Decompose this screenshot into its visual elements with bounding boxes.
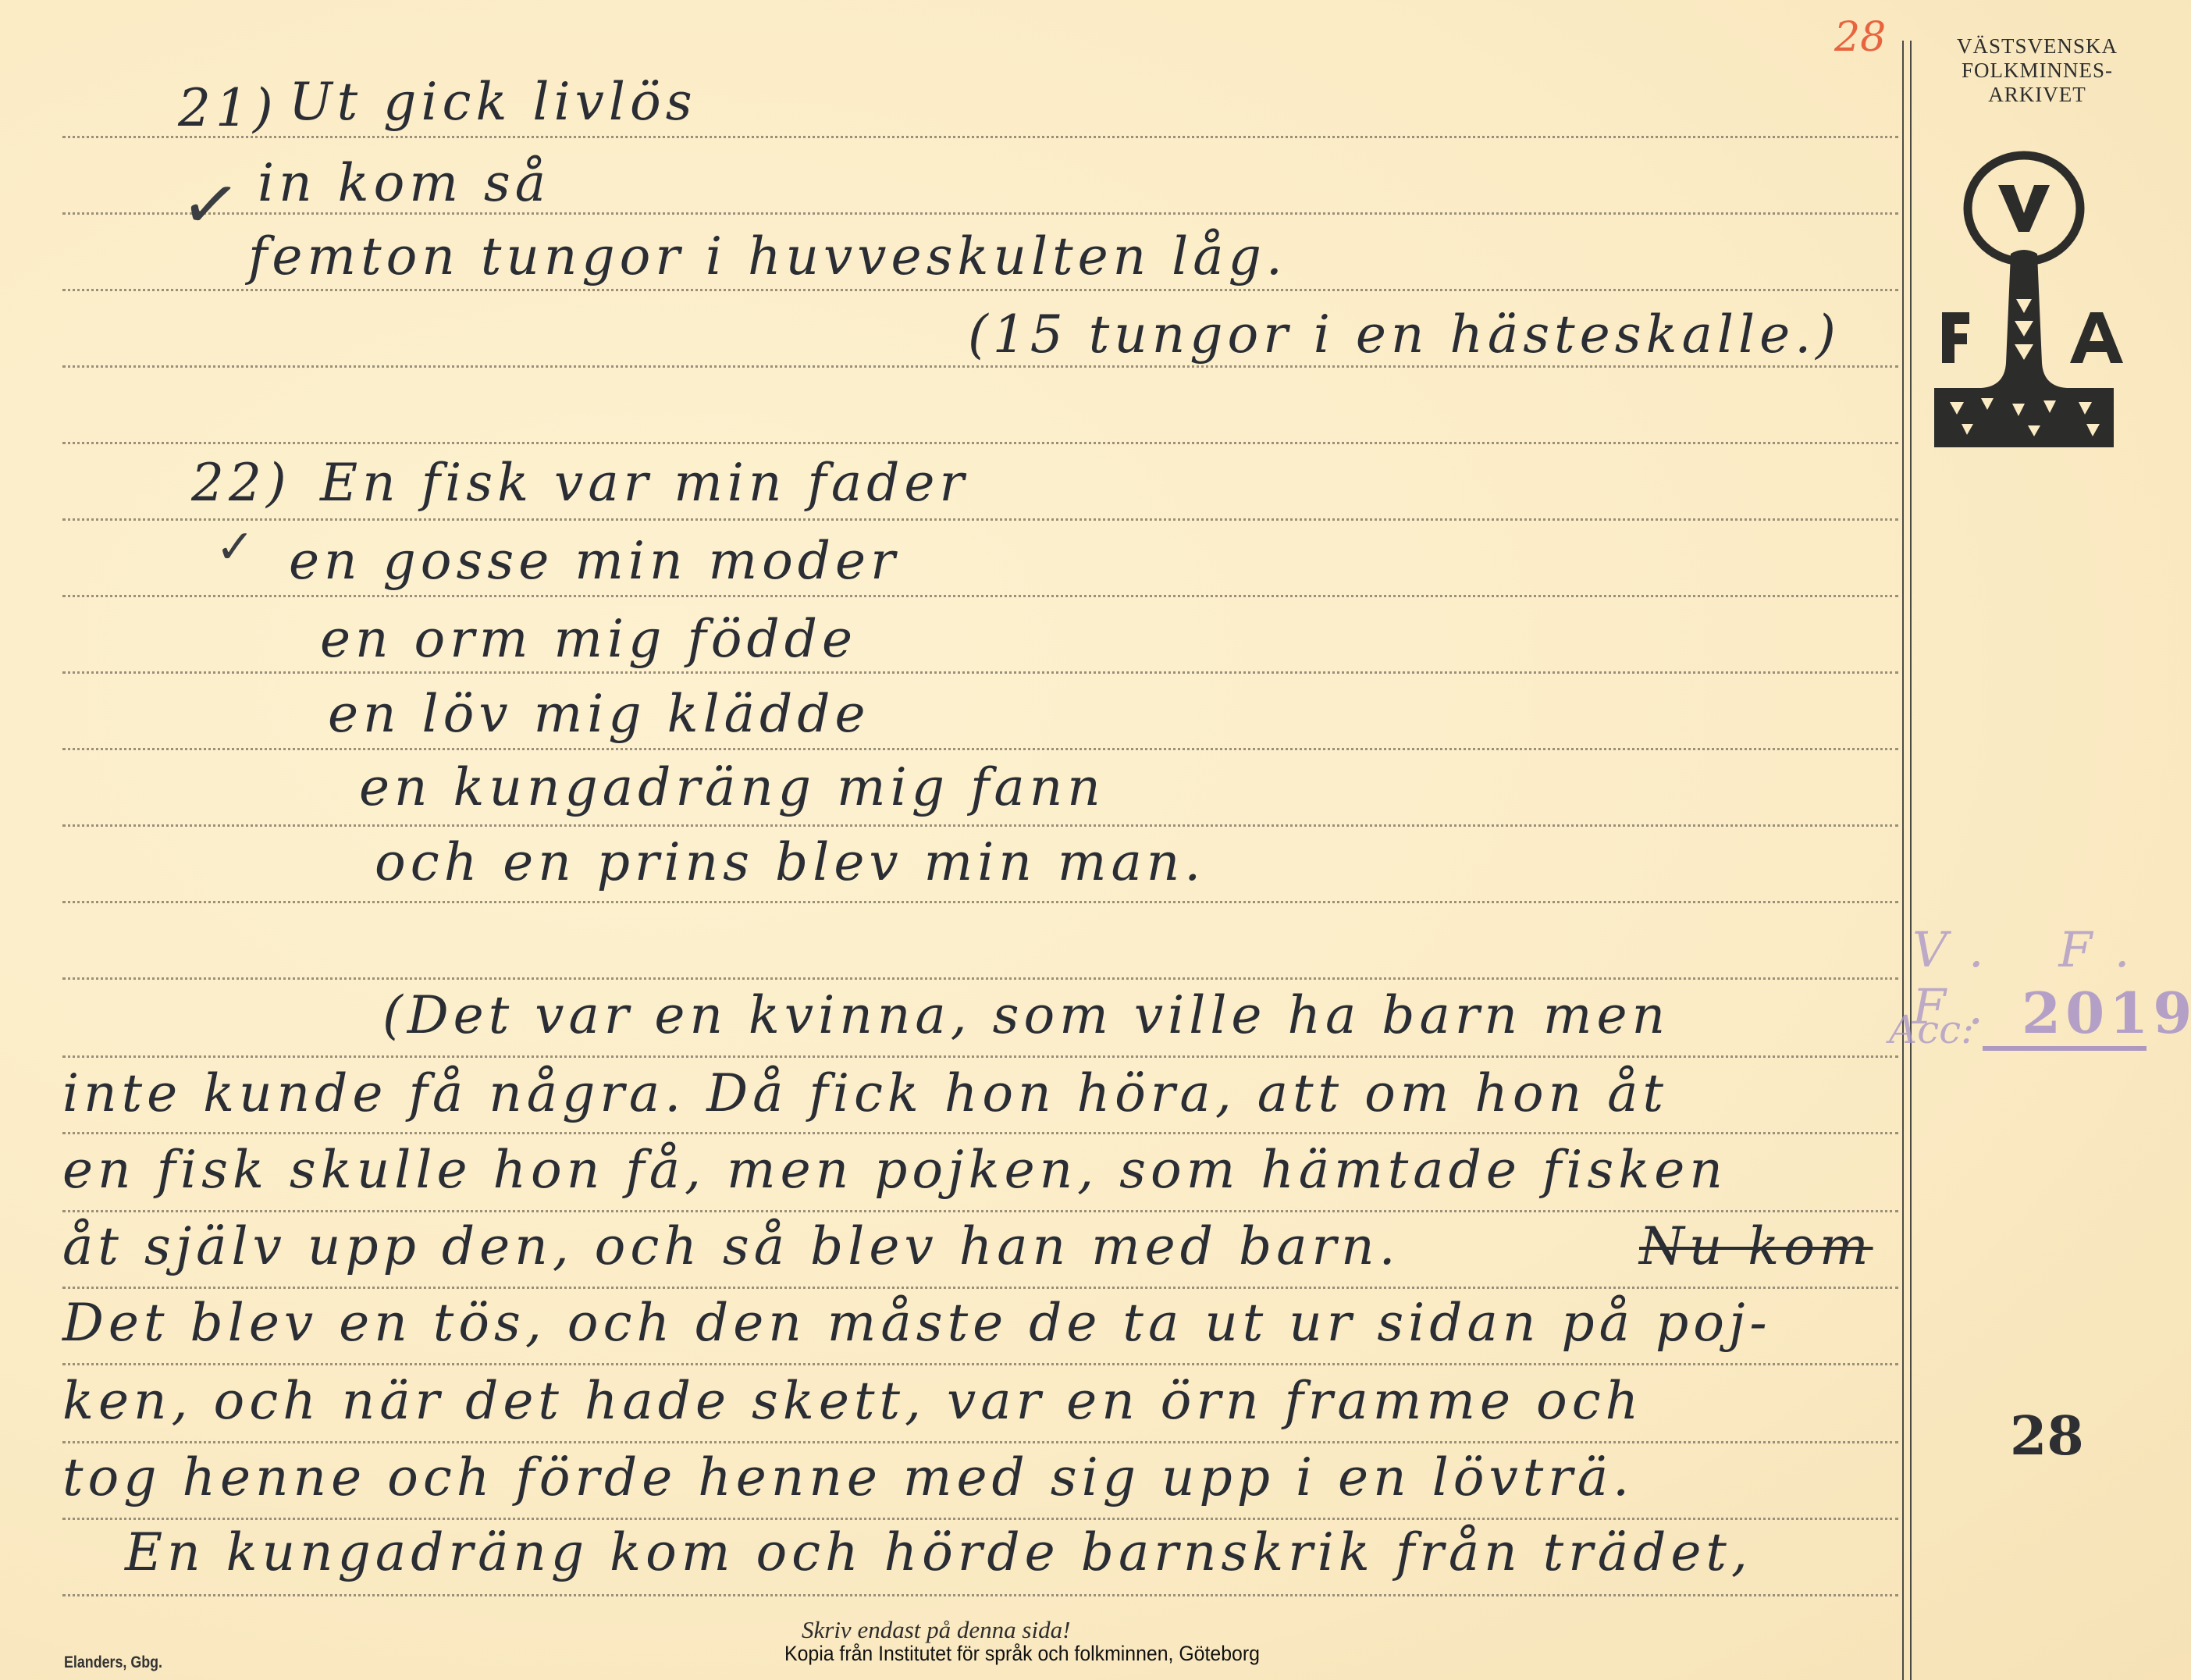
riddle-line: Ut gick livlös	[289, 72, 697, 132]
ruled-line	[62, 1518, 1898, 1520]
explanation-line: Det blev en tös, och den måste de ta ut …	[62, 1293, 1772, 1353]
riddle-line: En fisk var min fader	[320, 453, 969, 513]
explanation-line: en fisk skulle hon få, men pojken, som h…	[62, 1140, 1727, 1200]
riddle-line: en löv mig klädde	[328, 684, 870, 744]
check-mark-icon: ✓	[176, 160, 245, 249]
ruled-line	[62, 442, 1898, 444]
archive-title-line1: VÄSTSVENSKA	[1920, 34, 2154, 59]
ruled-line	[62, 289, 1898, 291]
riddle-line: en gosse min moder	[289, 531, 900, 591]
riddle-line: en kungadräng mig fann	[359, 757, 1105, 817]
ruled-line	[62, 365, 1898, 368]
ruled-line	[62, 977, 1898, 980]
stamp-acc-number: 2019	[2022, 980, 2191, 1046]
stamp-underline	[1983, 1046, 2147, 1051]
explanation-line: åt själv upp den, och så blev han med ba…	[62, 1216, 1400, 1276]
ruled-line	[62, 1594, 1898, 1596]
ruled-line	[62, 518, 1898, 521]
margin-rule-left	[1902, 41, 1904, 1680]
ruled-line	[62, 1441, 1898, 1443]
stamp-acc-label: Acc:	[1889, 1007, 1974, 1052]
ruled-line	[62, 1055, 1898, 1058]
printer-imprint: Elanders, Gbg.	[64, 1653, 162, 1672]
explanation-line: En kungadräng kom och hörde barnskrik fr…	[125, 1522, 1752, 1582]
ruled-line	[62, 824, 1898, 827]
ruled-line	[62, 671, 1898, 674]
ruled-line	[62, 748, 1898, 750]
ruled-line	[62, 136, 1898, 138]
riddle-number: 21)	[178, 78, 278, 138]
ruled-line	[62, 595, 1898, 597]
archive-title-line2: FOLKMINNES-	[1920, 59, 2154, 83]
ruled-line	[62, 901, 1898, 903]
sheet-number: 28	[2010, 1405, 2084, 1468]
riddle-line: och en prins blev min man.	[375, 832, 1205, 892]
ruled-line	[62, 1363, 1898, 1365]
write-instruction: Skriv endast på denna sida!	[802, 1616, 1070, 1644]
riddle-number: 22)	[191, 453, 291, 513]
riddle-line: en orm mig födde	[320, 609, 857, 669]
explanation-line: tog henne och förde henne med sig upp i …	[62, 1447, 1634, 1507]
ruled-line	[62, 1210, 1898, 1212]
ruled-line	[62, 1287, 1898, 1289]
thors-hammer-logo-icon	[1926, 129, 2125, 457]
archive-title: VÄSTSVENSKA FOLKMINNES- ARKIVET	[1920, 34, 2154, 107]
riddle-line: in kom så	[258, 153, 550, 213]
explanation-line: inte kunde få några. Då fick hon höra, a…	[62, 1063, 1668, 1123]
margin-rule-right	[1910, 41, 1912, 1680]
ruled-line	[62, 1132, 1898, 1134]
riddle-note: (15 tungor i en hästeskalle.)	[968, 304, 1841, 365]
explanation-line: (Det var en kvinna, som ville ha barn me…	[382, 985, 1670, 1045]
copy-notice: Kopia från Institutet för språk och folk…	[784, 1642, 1260, 1666]
archive-title-line3: ARKIVET	[1920, 83, 2154, 107]
explanation-line: ken, och när det hade skett, var en örn …	[62, 1371, 1643, 1431]
archive-page-number: 28	[1834, 14, 1886, 61]
check-mark-icon: ✓	[215, 520, 254, 575]
riddle-line: femton tungor i huvveskulten låg.	[248, 226, 1287, 287]
struck-text: Nu kom	[1639, 1216, 1873, 1276]
